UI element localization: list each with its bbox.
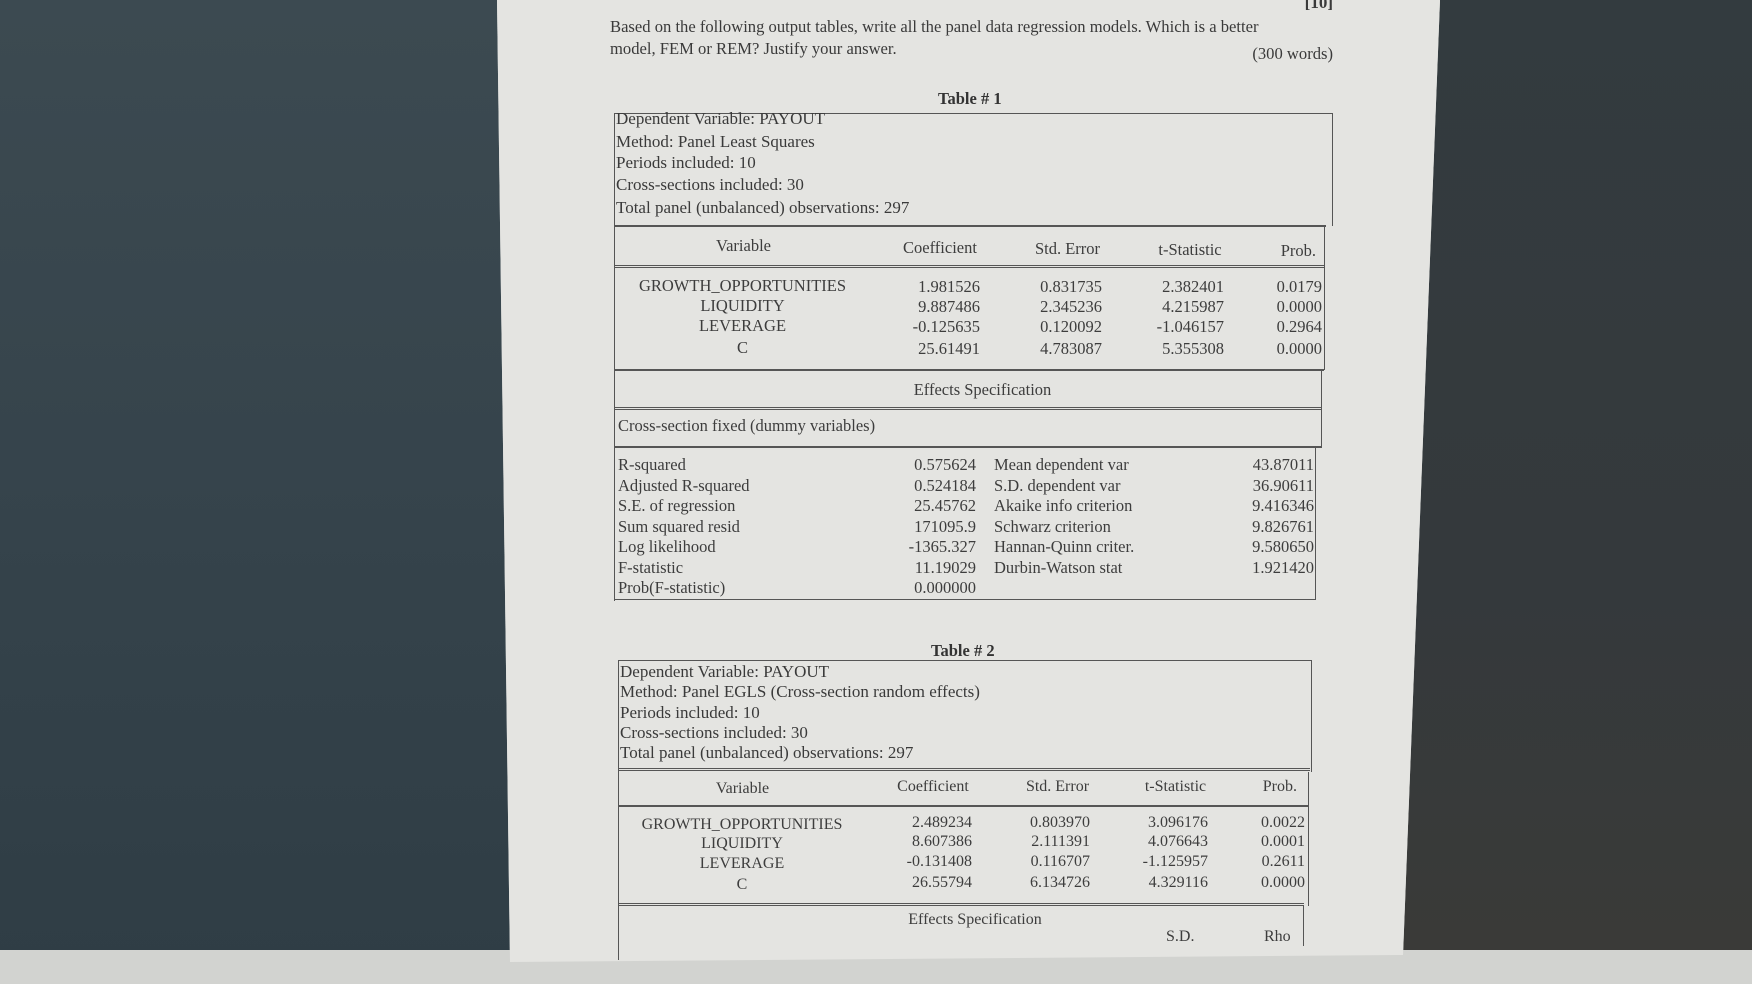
coefficient-value: 1.981526 [880, 279, 980, 296]
stat-label: Log likelihood [618, 539, 716, 556]
table1-col-coefficient: Coefficient [880, 240, 1000, 257]
variable-name: LIQUIDITY [620, 298, 865, 315]
stat-label: Akaike info criterion [994, 498, 1132, 515]
coefficient-value: 26.55794 [872, 875, 972, 891]
variable-name: LEVERAGE [622, 856, 862, 872]
variable-name: GROWTH_OPPORTUNITIES [622, 817, 862, 833]
tstat-value: 4.329116 [1108, 875, 1208, 891]
stat-label: Sum squared resid [618, 519, 740, 536]
table2-col-prob: Prob. [1245, 779, 1297, 795]
table2-effects-title: Effects Specification [875, 912, 1075, 928]
table2-effects-col-sd: S.D. [1166, 929, 1194, 945]
prob-value: 0.2611 [1235, 854, 1305, 870]
prob-value: 0.0000 [1250, 341, 1322, 358]
prob-value: 0.0179 [1250, 279, 1322, 296]
variable-name: C [620, 340, 865, 357]
tstat-value: 4.215987 [1120, 299, 1224, 316]
table2-header-line: Method: Panel EGLS (Cross-section random… [620, 683, 980, 700]
tstat-value: -1.125957 [1108, 854, 1208, 870]
stderror-value: 6.134726 [990, 875, 1090, 891]
tstat-value: 3.096176 [1108, 815, 1208, 831]
stat-label: Adjusted R-squared [618, 478, 750, 495]
stat-value: 43.87011 [1220, 457, 1314, 474]
table2-header-line: Cross-sections included: 30 [620, 724, 808, 741]
stderror-value: 0.831735 [1000, 279, 1102, 296]
stat-value: 11.19029 [880, 560, 976, 577]
variable-name: C [622, 877, 862, 893]
table2-caption: Table # 2 [931, 643, 995, 660]
variable-name: LIQUIDITY [622, 836, 862, 852]
stat-value: 9.826761 [1220, 519, 1314, 536]
table1-col-variable: Variable [640, 238, 847, 255]
stat-value: 25.45762 [880, 498, 976, 515]
prob-value: 0.0022 [1235, 815, 1305, 831]
stat-value: 1.921420 [1220, 560, 1314, 577]
question-line-2: model, FEM or REM? Justify your answer. [610, 41, 897, 58]
coefficient-value: 2.489234 [872, 815, 972, 831]
stderror-value: 2.111391 [990, 834, 1090, 850]
stat-label: S.E. of regression [618, 498, 735, 515]
variable-name: GROWTH_OPPORTUNITIES [620, 278, 865, 295]
coefficient-value: 9.887486 [880, 299, 980, 316]
question-line-1: Based on the following output tables, wr… [610, 19, 1259, 36]
prob-value: 0.0000 [1250, 299, 1322, 316]
table1-col-prob: Prob. [1260, 243, 1316, 260]
table2-col-stderror: Std. Error [1000, 779, 1115, 795]
marks-label: [10] [1305, 0, 1333, 11]
stderror-value: 4.783087 [1000, 341, 1102, 358]
stat-label: Durbin-Watson stat [994, 560, 1122, 577]
table2-effects-col-rho: Rho [1264, 929, 1291, 945]
stat-label: Prob(F-statistic) [618, 580, 725, 597]
stderror-value: 0.116707 [990, 854, 1090, 870]
table1-caption: Table # 1 [938, 91, 1002, 108]
stat-label: Mean dependent var [994, 457, 1129, 474]
stderror-value: 2.345236 [1000, 299, 1102, 316]
table1-col-stderror: Std. Error [1010, 241, 1125, 258]
stat-value: 0.524184 [880, 478, 976, 495]
coefficient-value: 8.607386 [872, 834, 972, 850]
tstat-value: -1.046157 [1120, 319, 1224, 336]
stat-label: S.D. dependent var [994, 478, 1120, 495]
stat-label: Schwarz criterion [994, 519, 1111, 536]
stat-value: 0.000000 [880, 580, 976, 597]
tstat-value: 2.382401 [1120, 279, 1224, 296]
variable-name: LEVERAGE [620, 318, 865, 335]
table1-header-line: Method: Panel Least Squares [616, 133, 815, 150]
table2-col-variable: Variable [640, 781, 845, 797]
table1-header-line: Periods included: 10 [616, 154, 756, 171]
word-limit-label: (300 words) [1252, 46, 1333, 63]
prob-value: 0.0001 [1235, 834, 1305, 850]
tstat-value: 4.076643 [1108, 834, 1208, 850]
stderror-value: 0.120092 [1000, 319, 1102, 336]
stat-value: 171095.9 [880, 519, 976, 536]
background-right [1400, 0, 1752, 956]
background-left [0, 0, 512, 966]
table2-header-line: Periods included: 10 [620, 704, 760, 721]
table1-header-line: Cross-sections included: 30 [616, 176, 804, 193]
prob-value: 0.2964 [1250, 319, 1322, 336]
stat-label: Hannan-Quinn criter. [994, 539, 1134, 556]
stat-value: 9.580650 [1220, 539, 1314, 556]
table1-col-tstat: t-Statistic [1130, 242, 1250, 259]
coefficient-value: 25.61491 [880, 341, 980, 358]
table2-header-line: Total panel (unbalanced) observations: 2… [620, 744, 913, 761]
stat-value: 36.90611 [1220, 478, 1314, 495]
stat-label: F-statistic [618, 560, 683, 577]
stderror-value: 0.803970 [990, 815, 1090, 831]
table2-col-tstat: t-Statistic [1118, 779, 1233, 795]
stat-value: 0.575624 [880, 457, 976, 474]
table1-effects-title: Effects Specification [880, 382, 1085, 399]
prob-value: 0.0000 [1235, 875, 1305, 891]
table1-header-line: Dependent Variable: PAYOUT [616, 110, 825, 127]
stat-value: 9.416346 [1220, 498, 1314, 515]
table1-effects-spec: Cross-section fixed (dummy variables) [618, 418, 875, 435]
table2-header-line: Dependent Variable: PAYOUT [620, 663, 829, 680]
table2-col-coefficient: Coefficient [873, 779, 993, 795]
stat-label: R-squared [618, 457, 686, 474]
tstat-value: 5.355308 [1120, 341, 1224, 358]
coefficient-value: -0.125635 [880, 319, 980, 336]
coefficient-value: -0.131408 [872, 854, 972, 870]
table1-header-line: Total panel (unbalanced) observations: 2… [616, 199, 909, 216]
stat-value: -1365.327 [880, 539, 976, 556]
